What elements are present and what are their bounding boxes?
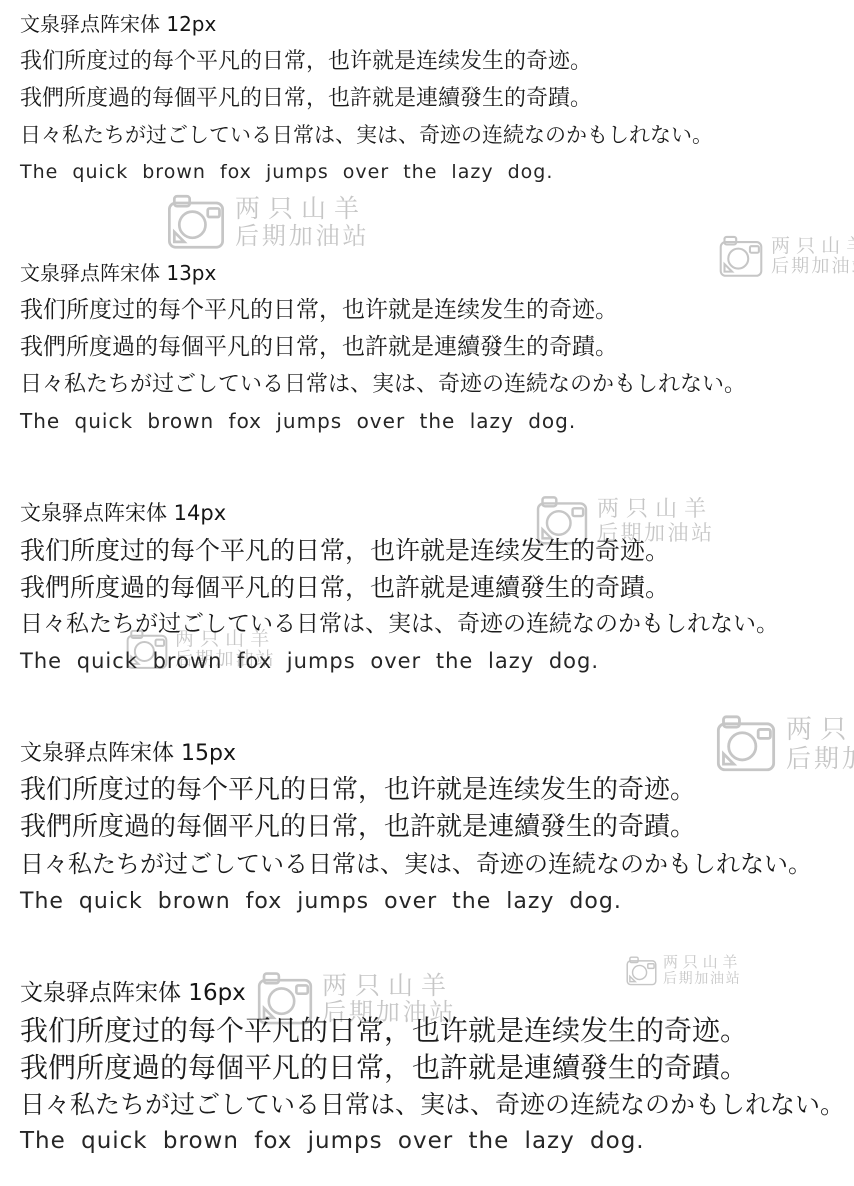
watermark-line2: 后期加油站 bbox=[771, 257, 854, 277]
sample-line-japanese: 日々私たちが过ごしている日常は、実は、奇迹の连続なのかもしれない。 bbox=[20, 1086, 845, 1123]
watermark: 两只山羊 后期加油站 bbox=[167, 194, 369, 250]
specimen-title: 文泉驿点阵宋体 13px bbox=[20, 255, 746, 292]
font-specimen-12px: 文泉驿点阵宋体 12px 我们所度过的每个平凡的日常，也许就是连续发生的奇迹。 … bbox=[20, 6, 713, 191]
watermark-text: 两只山羊 后期加油站 bbox=[771, 236, 854, 277]
sample-line-english-pangram: The quick brown fox jumps over the lazy … bbox=[20, 154, 713, 191]
specimen-title: 文泉驿点阵宋体 12px bbox=[20, 6, 713, 43]
sample-line-english-pangram: The quick brown fox jumps over the lazy … bbox=[20, 883, 812, 920]
specimen-title: 文泉驿点阵宋体 14px bbox=[20, 495, 779, 532]
watermark-text: 两只山羊 后期加油站 bbox=[235, 195, 369, 249]
sample-line-english-pangram: The quick brown fox jumps over the lazy … bbox=[20, 643, 779, 680]
sample-line-english-pangram: The quick brown fox jumps over the lazy … bbox=[20, 403, 746, 440]
sample-line-traditional-chinese: 我們所度過的每個平凡的日常，也許就是連續發生的奇蹟。 bbox=[20, 569, 779, 606]
font-specimen-15px: 文泉驿点阵宋体 15px 我们所度过的每个平凡的日常，也许就是连续发生的奇迹。 … bbox=[20, 735, 812, 920]
sample-line-japanese: 日々私たちが过ごしている日常は、実は、奇迹の连続なのかもしれない。 bbox=[20, 366, 746, 403]
sample-line-simplified-chinese: 我们所度过的每个平凡的日常，也许就是连续发生的奇迹。 bbox=[20, 772, 812, 809]
specimen-title: 文泉驿点阵宋体 16px bbox=[20, 975, 845, 1012]
sample-line-traditional-chinese: 我們所度過的每個平凡的日常，也許就是連續發生的奇蹟。 bbox=[20, 80, 713, 117]
watermark-line1: 两只山羊 bbox=[771, 236, 854, 257]
watermark-line2: 后期加油站 bbox=[235, 223, 369, 249]
sample-line-japanese: 日々私たちが过ごしている日常は、実は、奇迹の连続なのかもしれない。 bbox=[20, 846, 812, 883]
sample-line-simplified-chinese: 我们所度过的每个平凡的日常，也许就是连续发生的奇迹。 bbox=[20, 1012, 845, 1049]
watermark-line1: 两只山羊 bbox=[235, 195, 369, 223]
sample-line-traditional-chinese: 我們所度過的每個平凡的日常，也許就是連續發生的奇蹟。 bbox=[20, 809, 812, 846]
specimen-title: 文泉驿点阵宋体 15px bbox=[20, 735, 812, 772]
sample-line-japanese: 日々私たちが过ごしている日常は、実は、奇迹の连続なのかもしれない。 bbox=[20, 117, 713, 154]
sample-line-english-pangram: The quick brown fox jumps over the lazy … bbox=[20, 1123, 845, 1160]
font-specimen-13px: 文泉驿点阵宋体 13px 我们所度过的每个平凡的日常，也许就是连续发生的奇迹。 … bbox=[20, 255, 746, 440]
camera-icon bbox=[167, 194, 225, 250]
sample-line-simplified-chinese: 我们所度过的每个平凡的日常，也许就是连续发生的奇迹。 bbox=[20, 43, 713, 80]
sample-line-traditional-chinese: 我們所度過的每個平凡的日常，也許就是連續發生的奇蹟。 bbox=[20, 1049, 845, 1086]
font-specimen-14px: 文泉驿点阵宋体 14px 我们所度过的每个平凡的日常，也许就是连续发生的奇迹。 … bbox=[20, 495, 779, 680]
watermark-line1: 两只山羊 bbox=[663, 954, 742, 971]
font-specimen-16px: 文泉驿点阵宋体 16px 我们所度过的每个平凡的日常，也许就是连续发生的奇迹。 … bbox=[20, 975, 845, 1160]
sample-line-traditional-chinese: 我們所度過的每個平凡的日常，也許就是連續發生的奇蹟。 bbox=[20, 329, 746, 366]
sample-line-japanese: 日々私たちが过ごしている日常は、実は、奇迹の连続なのかもしれない。 bbox=[20, 606, 779, 643]
sample-line-simplified-chinese: 我们所度过的每个平凡的日常，也许就是连续发生的奇迹。 bbox=[20, 532, 779, 569]
sample-line-simplified-chinese: 我们所度过的每个平凡的日常，也许就是连续发生的奇迹。 bbox=[20, 292, 746, 329]
